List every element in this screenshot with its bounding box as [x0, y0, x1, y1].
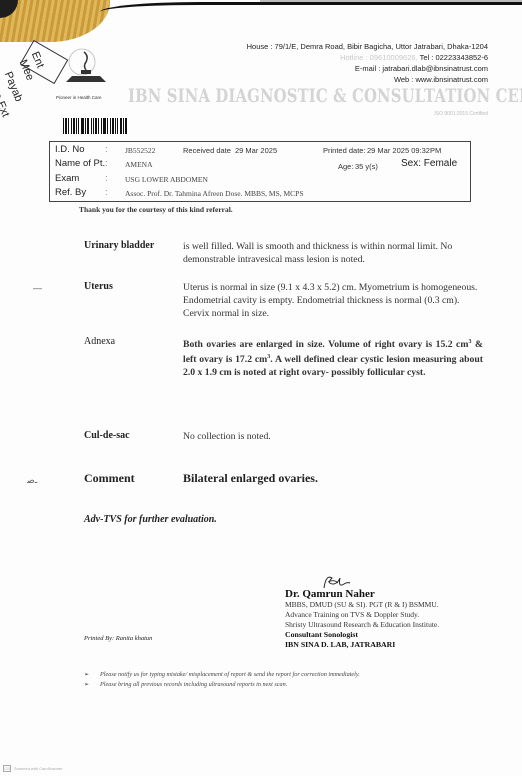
address-text: House : 79/1/E, Demra Road, Bibir Bagich…	[247, 41, 488, 52]
clinic-logo	[62, 44, 112, 94]
ref-label: Ref. By	[55, 187, 86, 198]
name-row: Name of Pt. : AMENA Age: 35 y(s) Sex: Fe…	[55, 158, 465, 173]
exam-label: Exam	[55, 173, 79, 184]
received-date-label: Received date	[183, 146, 231, 155]
side-mark: —	[33, 283, 42, 293]
sex-value: Sex: Female	[401, 158, 457, 169]
patient-info-box: I.D. No : JB552522 Received date 29 Mar …	[49, 141, 471, 202]
scanner-badge-icon: CS	[3, 765, 11, 772]
exam-value: USG LOWER ABDOMEN	[125, 175, 208, 184]
doctor-lab: IBN SINA D. LAB, JATRABARI	[285, 640, 439, 650]
adnexa-text-1: Both ovaries are enlarged in size. Volum…	[183, 339, 468, 350]
colon: :	[105, 158, 108, 169]
finding-text: is well filled. Wall is smooth and thick…	[183, 240, 483, 266]
id-value: JB552522	[125, 146, 155, 155]
printed-date-value: 29 Mar 2025 09:32PM	[367, 146, 441, 155]
doctor-degrees: MBBS, DMUD (SU & SI). PGT (R & I) BSMMU.	[285, 600, 439, 610]
scanner-text: Scanned with CamScanner	[14, 766, 62, 771]
email-text: E-mail : jatrabari.dlab@ibnsinatrust.com	[247, 63, 488, 74]
advice-text: Adv-TVS for further evaluation.	[84, 514, 217, 525]
ref-value: Assoc. Prof. Dr. Tahmina Afreen Dose. MB…	[125, 189, 304, 198]
barcode	[63, 118, 143, 134]
finding-label: Cul-de-sac	[84, 430, 130, 441]
finding-text: Uterus is normal in size (9.1 x 4.3 x 5.…	[183, 281, 483, 320]
doctor-name: Dr. Qamrun Naher	[285, 588, 439, 600]
finding-text: No collection is noted.	[183, 430, 483, 443]
doctor-training: Advance Training on TVS & Doppler Study.	[285, 610, 439, 620]
hotline-text: Hotline : 09610009626,	[340, 53, 418, 62]
comment-label: Comment	[84, 471, 135, 486]
finding-label: Uterus	[84, 281, 113, 292]
thanks-note: Thank you for the courtesy of this kind …	[79, 205, 233, 214]
tel-text: Tel : 02223343852-6	[420, 53, 488, 62]
underlying-label: on	[0, 122, 3, 138]
finding-label: Adnexa	[84, 336, 115, 347]
note-item: Please notify us for typing mistake/ mis…	[84, 670, 360, 680]
contact-line: Hotline : 09610009626, Tel : 02223343852…	[247, 52, 488, 63]
id-row: I.D. No : JB552522 Received date 29 Mar …	[55, 144, 465, 159]
note-item: Please bring all previous records includ…	[84, 680, 360, 690]
id-label: I.D. No	[55, 144, 85, 155]
side-mark: ـﺻ	[27, 475, 37, 486]
scanner-watermark: CS Scanned with CamScanner	[3, 765, 62, 772]
doctor-block: Dr. Qamrun Naher MBBS, DMUD (SU & SI). P…	[285, 588, 439, 650]
name-label: Name of Pt.	[55, 158, 105, 169]
colon: :	[105, 173, 108, 184]
name-value: AMENA	[125, 160, 153, 169]
age-value: 35 y(s)	[355, 162, 378, 171]
received-date-value: 29 Mar 2025	[235, 146, 277, 155]
clinic-name: IBN SINA DIAGNOSTIC & CONSULTATION CENTE…	[128, 85, 522, 107]
colon: :	[105, 187, 108, 198]
printed-by: Printed By: Ranita khatun	[84, 635, 152, 642]
colon: :	[105, 144, 108, 155]
finding-label: Urinary bladder	[84, 240, 154, 251]
footer-notes: Please notify us for typing mistake/ mis…	[84, 670, 360, 690]
clinic-tagline: Pioneer in Health Care	[56, 95, 102, 100]
iso-certification: ISO 9001:2015 Certified	[434, 111, 488, 117]
address-block: House : 79/1/E, Demra Road, Bibir Bagich…	[247, 41, 488, 85]
doctor-title: Consultant Sonologist	[285, 630, 439, 640]
comment-text: Bilateral enlarged ovaries.	[183, 471, 318, 486]
printed-date-label: Printed date:	[323, 146, 366, 155]
doctor-institute: Shristy Ultrasound Research & Education …	[285, 620, 439, 630]
web-text: Web : www.ibnsinatrust.com	[247, 74, 488, 85]
page-curl-edge	[100, 2, 522, 12]
age-label: Age:	[338, 162, 353, 171]
finding-text: Both ovaries are enlarged in size. Volum…	[183, 336, 483, 379]
